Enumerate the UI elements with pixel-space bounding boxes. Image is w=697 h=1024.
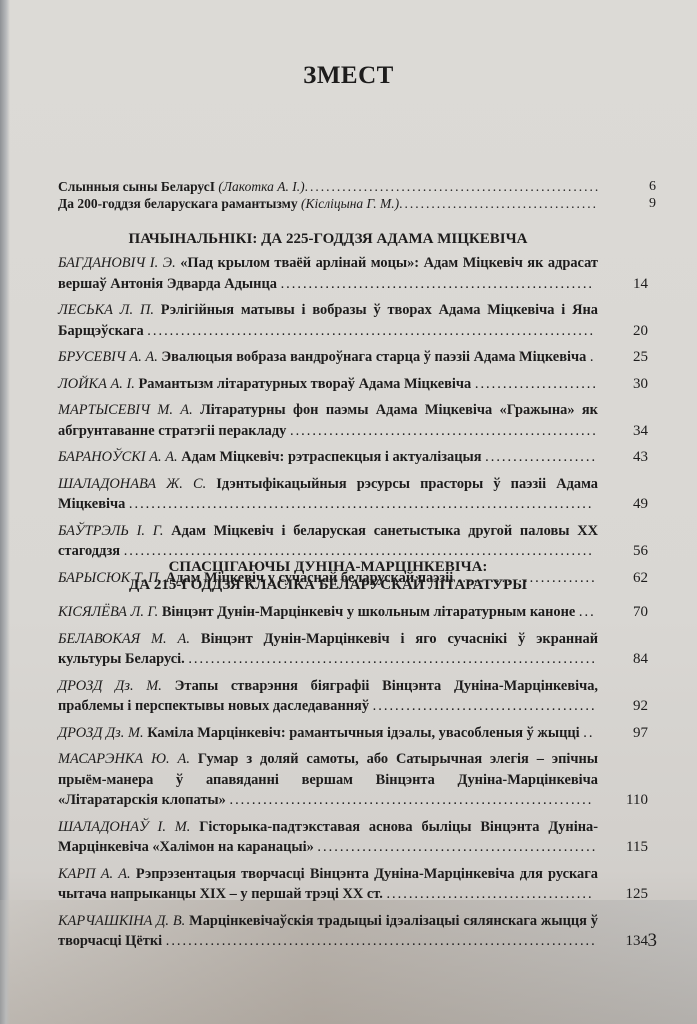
entry-page: 125 bbox=[626, 884, 649, 905]
entry-page: 56 bbox=[633, 541, 648, 562]
entry-author: ДРОЗД Дз. М. bbox=[58, 725, 144, 741]
dot-leader: ........................................… bbox=[290, 423, 598, 439]
entry-page: 25 bbox=[633, 347, 648, 368]
entry-author: (Кісліцына Г. М.) bbox=[301, 196, 399, 211]
page-number: 3 bbox=[648, 930, 658, 952]
entry-title: Рамантызм літаратурных твораў Адама Міцк… bbox=[138, 376, 471, 392]
entry-author: ШАЛАДОНАЎ І. М. bbox=[58, 819, 190, 835]
entry-author: КІСЯЛЁВА Л. Г. bbox=[58, 604, 158, 620]
entry-title: Слынныя сыны БеларусI bbox=[58, 179, 215, 194]
entry-page: 14 bbox=[633, 274, 648, 295]
dot-leader: .................... bbox=[485, 449, 597, 465]
dot-leader: ........................................… bbox=[317, 839, 597, 855]
entry-page: 134 bbox=[626, 931, 649, 952]
dot-leader: ........................................… bbox=[281, 276, 594, 292]
toc-entry[interactable]: ЛЕСЬКА Л. П. Рэлігійныя матывы і вобразы… bbox=[58, 300, 658, 341]
entry-title: Да 200-годдзя беларускага рамантызму bbox=[58, 196, 298, 211]
dot-leader: ...................... bbox=[475, 376, 598, 392]
entry-author: КАРП А. А. bbox=[58, 866, 131, 882]
entry-page: 9 bbox=[598, 195, 658, 212]
toc-entry[interactable]: БРУСЕВІЧ А. А. Эвалюцыя вобраза вандроўн… bbox=[58, 347, 658, 368]
entry-page: 70 bbox=[633, 602, 648, 623]
toc-entry[interactable]: ШАЛАДОНАВА Ж. С. Ідэнтыфікацыйныя рэсурс… bbox=[58, 474, 658, 515]
entry-page: 20 bbox=[633, 321, 648, 342]
entry-page: 62 bbox=[633, 568, 648, 589]
entry-author: БЕЛАВОКАЯ М. А. bbox=[58, 631, 190, 647]
entry-author: БАГДАНОВІЧ І. Э. bbox=[58, 255, 176, 271]
toc-entry[interactable]: БАРАНОЎСКІ А. А. Адам Міцкевіч: рэтраспе… bbox=[58, 447, 658, 468]
toc-entry[interactable]: МАРТЫСЕВІЧ М. А. Літаратурны фон паэмы А… bbox=[58, 400, 658, 441]
entry-page: 6 bbox=[598, 178, 658, 195]
dot-leader: ........................................… bbox=[399, 195, 598, 212]
toc-entry[interactable]: ДРОЗД Дз. М. Каміла Марцінкевіч: раманты… bbox=[58, 723, 658, 744]
entry-author: (Лакотка А. І.) bbox=[218, 179, 304, 194]
entry-author: БАЎТРЭЛЬ І. Г. bbox=[58, 523, 163, 539]
section-entries: КІСЯЛЁВА Л. Г. Вінцэнт Дунін-Марцінкевіч… bbox=[58, 602, 658, 952]
toc-entry[interactable]: МАСАРЭНКА Ю. А. Гумар з доляй самоты, аб… bbox=[58, 749, 658, 811]
dot-leader: ........................................… bbox=[305, 178, 598, 195]
entry-title: Адам Міцкевіч: рэтраспекцыя і актуалізац… bbox=[181, 449, 481, 465]
dot-leader: . bbox=[590, 349, 596, 365]
page-title: ЗМЕСТ bbox=[0, 62, 697, 90]
dot-leader: ........................................… bbox=[124, 543, 594, 559]
dot-leader: ........................................ bbox=[373, 698, 597, 714]
toc-entry[interactable]: БАЎТРЭЛЬ І. Г. Адам Міцкевіч і беларуска… bbox=[58, 521, 658, 562]
toc-entry[interactable]: БАГДАНОВІЧ І. Э. «Пад крылом тваёй арлін… bbox=[58, 253, 658, 294]
entry-title: Вінцэнт Дунін-Марцінкевіч у школьным літ… bbox=[162, 604, 575, 620]
dot-leader: ... bbox=[579, 604, 596, 620]
toc-entry[interactable]: ШАЛАДОНАЎ І. М. Гісторыка-падтэкставая а… bbox=[58, 817, 658, 858]
toc-entry[interactable]: Слынныя сыны БеларусI (Лакотка А. І.) ..… bbox=[58, 178, 658, 195]
entry-page: 34 bbox=[633, 421, 648, 442]
toc-entry[interactable]: ЛОЙКА А. І. Рамантызм літаратурных твора… bbox=[58, 374, 658, 395]
entry-page: 49 bbox=[633, 494, 648, 515]
toc-entry[interactable]: КАРЧАШКІНА Д. В. Марцінкевічаўскія трады… bbox=[58, 911, 658, 952]
entry-page: 115 bbox=[626, 837, 648, 858]
entry-page: 97 bbox=[633, 723, 648, 744]
dot-leader: ........................................… bbox=[188, 651, 597, 667]
dot-leader: .. bbox=[583, 725, 594, 741]
section-entries: БАГДАНОВІЧ І. Э. «Пад крылом тваёй арлін… bbox=[58, 253, 658, 588]
entry-author: КАРЧАШКІНА Д. В. bbox=[58, 913, 185, 929]
entry-author: БАРАНОЎСКІ А. А. bbox=[58, 449, 178, 465]
entry-page: 92 bbox=[633, 696, 648, 717]
entry-page: 110 bbox=[626, 790, 648, 811]
entry-author: ЛОЙКА А. І. bbox=[58, 376, 135, 392]
entry-page: 84 bbox=[633, 649, 648, 670]
intro-list: Слынныя сыны БеларусI (Лакотка А. І.) ..… bbox=[58, 178, 658, 212]
dot-leader: ..................................... bbox=[386, 886, 593, 902]
toc-entry[interactable]: КАРП А. А. Рэпрэзентацыя творчасці Вінцэ… bbox=[58, 864, 658, 905]
book-page: ЗМЕСТ Слынныя сыны БеларусI (Лакотка А. … bbox=[0, 0, 697, 1024]
toc-entry[interactable]: КІСЯЛЁВА Л. Г. Вінцэнт Дунін-Марцінкевіч… bbox=[58, 602, 658, 623]
entry-author: БРУСЕВІЧ А. А. bbox=[58, 349, 158, 365]
toc-entry[interactable]: БЕЛАВОКАЯ М. А. Вінцэнт Дунін-Марцінкеві… bbox=[58, 629, 658, 670]
entry-author: ШАЛАДОНАВА Ж. С. bbox=[58, 476, 206, 492]
dot-leader: ........................................… bbox=[129, 496, 594, 512]
entry-page: 43 bbox=[633, 447, 648, 468]
section-heading: СПАСЦІГАЮЧЫ ДУНІНА-МАРЦІНКЕВІЧА: ДА 215-… bbox=[58, 558, 598, 594]
section-heading: ПАЧЫНАЛЬНІКІ: ДА 225-ГОДДЗЯ АДАМА МІЦКЕВ… bbox=[58, 230, 598, 248]
entry-author: ДРОЗД Дз. М. bbox=[58, 678, 162, 694]
dot-leader: ........................................… bbox=[166, 933, 597, 949]
entry-author: ЛЕСЬКА Л. П. bbox=[58, 302, 154, 318]
entry-page: 30 bbox=[633, 374, 648, 395]
toc-entry[interactable]: ДРОЗД Дз. М. Этапы стварэння біяграфіі В… bbox=[58, 676, 658, 717]
entry-title: Эвалюцыя вобраза вандроўнага старца ў па… bbox=[161, 349, 586, 365]
entry-author: МАСАРЭНКА Ю. А. bbox=[58, 751, 190, 767]
entry-author: МАРТЫСЕВІЧ М. А. bbox=[58, 402, 193, 418]
dot-leader: ........................................… bbox=[147, 323, 595, 339]
toc-entry[interactable]: Да 200-годдзя беларускага рамантызму (Кі… bbox=[58, 195, 658, 212]
entry-title: Каміла Марцінкевіч: рамантычныя ідэалы, … bbox=[147, 725, 579, 741]
dot-leader: ........................................… bbox=[229, 792, 593, 808]
